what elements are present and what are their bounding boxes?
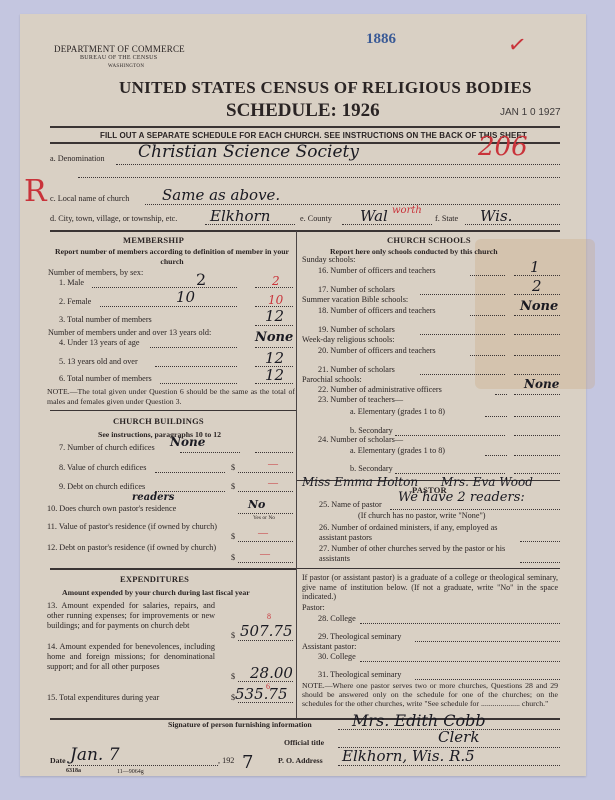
- census-schedule-sheet: DEPARTMENT OF COMMERCE BUREAU OF THE CEN…: [20, 14, 586, 776]
- under-13-field[interactable]: None: [255, 330, 293, 345]
- official-title-field[interactable]: Clerk: [438, 728, 479, 746]
- residence-value-field[interactable]: —: [258, 528, 268, 539]
- total-6-line: [160, 383, 237, 384]
- bureau-label: BUREAU OF THE CENSUS: [80, 55, 157, 61]
- over-13-field[interactable]: 12: [265, 349, 284, 367]
- total-members-label: 3. Total number of members: [59, 315, 152, 324]
- scholars-elementary-line: [485, 455, 507, 456]
- total-expenditures-correction: 6: [266, 682, 270, 691]
- parochial-schools-label: Parochial schools:: [302, 375, 362, 384]
- denomination-field[interactable]: Christian Science Society: [138, 142, 359, 162]
- teachers-secondary-value-line: [514, 435, 560, 436]
- summer-scholars-value-line: [514, 334, 560, 335]
- total-members-6-label: 6. Total number of members: [59, 374, 152, 383]
- residence-debt-label: 12. Debt on pastor's residence (if owned…: [47, 543, 217, 553]
- benevolences-label: 14. Amount expended for benevolences, in…: [47, 642, 215, 672]
- margin-mark-r: R: [24, 174, 47, 209]
- signature-label: Signature of person furnishing informati…: [168, 720, 312, 729]
- pastor-college-label: 28. College: [318, 614, 356, 623]
- teachers-secondary-label: b. Secondary: [350, 426, 393, 435]
- edifice-debt-amount-line: [238, 491, 293, 492]
- edifice-debt-label: 9. Debt on church edifices: [59, 482, 145, 491]
- residence-debt-field[interactable]: —: [260, 549, 270, 560]
- dollar-sign: $: [231, 482, 235, 491]
- own-residence-line: [238, 513, 293, 514]
- date-field[interactable]: Jan. 7: [70, 745, 120, 765]
- edifice-count-field[interactable]: None: [170, 435, 205, 449]
- teachers-elementary-value-line: [514, 416, 560, 417]
- female-check: 10: [268, 293, 283, 307]
- female-label: 2. Female: [59, 297, 91, 306]
- official-title-label: Official title: [284, 738, 324, 747]
- under-13-label: 4. Under 13 years of age: [59, 338, 139, 347]
- state-field[interactable]: Wis.: [480, 207, 512, 225]
- total-expenditures-field[interactable]: 535.75: [235, 685, 288, 703]
- column-divider: [296, 231, 297, 718]
- admin-officers-value-line: [514, 394, 560, 395]
- assistant-college-line: [360, 661, 560, 662]
- address-field[interactable]: Elkhorn, Wis. R.5: [342, 747, 475, 765]
- county-label: e. County: [300, 214, 332, 223]
- assistant-seminary-line: [415, 679, 560, 680]
- other-churches-line: [520, 562, 560, 563]
- dollar-sign: $: [231, 553, 235, 562]
- expenditures-subheading: Amount expended by your church during la…: [62, 588, 250, 597]
- scholars-count-label: 24. Number of scholars—: [318, 435, 403, 444]
- denomination-line-2: [78, 177, 560, 178]
- female-line: [100, 306, 237, 307]
- weekday-scholars-value-line: [514, 374, 560, 375]
- city-label: WASHINGTON: [108, 64, 144, 69]
- edifice-count-line: [180, 452, 240, 453]
- dollar-sign: $: [231, 672, 235, 681]
- identity-rule: [50, 230, 560, 232]
- expenditures-heading: EXPENDITURES: [120, 574, 189, 584]
- summer-teachers-field[interactable]: None: [520, 299, 558, 314]
- residence-value-line: [238, 541, 293, 542]
- weekday-teachers-value-line: [514, 355, 560, 356]
- edifice-value-line: [155, 472, 225, 473]
- local-name-line: [145, 204, 560, 205]
- city-field[interactable]: Elkhorn: [210, 207, 270, 225]
- county-correction: worth: [392, 205, 422, 216]
- received-date-stamp: JAN 1 0 1927: [500, 107, 561, 118]
- summer-teachers-value-line: [514, 315, 560, 316]
- date-line: [68, 765, 218, 766]
- sunday-teachers-label: 16. Number of officers and teachers: [318, 266, 436, 275]
- county-field[interactable]: Wal: [360, 207, 388, 225]
- assistant-ministers-line: [520, 541, 560, 542]
- dollar-sign: $: [231, 532, 235, 541]
- checkmark-icon: ✓: [506, 31, 528, 59]
- age-group-label: Number of members under and over 13 year…: [48, 328, 211, 337]
- address-label: P. O. Address: [278, 756, 323, 765]
- admin-officers-label: 22. Number of administrative officers: [318, 385, 442, 394]
- edifice-debt-field[interactable]: —: [268, 478, 278, 489]
- scholars-elementary-value-line: [514, 455, 560, 456]
- state-label: f. State: [435, 214, 458, 223]
- graduate-note: If pastor (or assistant pastor) is a gra…: [302, 573, 558, 602]
- form-code: 6318a: [66, 768, 81, 774]
- edifice-count-value-line: [255, 452, 293, 453]
- total-members-field[interactable]: 12: [265, 307, 284, 325]
- over-13-label: 5. 13 years old and over: [59, 357, 138, 366]
- female-field[interactable]: 10: [176, 288, 195, 306]
- sunday-schools-label: Sunday schools:: [302, 255, 355, 264]
- running-expenses-label: 13. Amount expended for salaries, repair…: [47, 601, 215, 631]
- total-members-line: [255, 325, 293, 326]
- year-field[interactable]: 7: [242, 752, 253, 773]
- stamp-number: 1886: [366, 31, 396, 48]
- male-field[interactable]: 2: [196, 270, 206, 289]
- assistant-education-label: Assistant pastor:: [302, 642, 356, 651]
- membership-heading: MEMBERSHIP: [123, 235, 184, 245]
- summer-scholars-line: [420, 334, 505, 335]
- pastor-rule: [297, 568, 560, 569]
- assistant-ministers-label: 26. Number of ordained ministers, if any…: [319, 523, 514, 543]
- print-code: 11—9064g: [117, 769, 144, 775]
- pastor-name-hint: (If church has no pastor, write "None"): [358, 511, 486, 520]
- header-rule: [50, 126, 560, 128]
- own-residence-label: 10. Does church own pastor's residence: [47, 504, 176, 513]
- pastor-word-correction: readers: [132, 492, 174, 503]
- instructions-banner: FILL OUT A SEPARATE SCHEDULE FOR EACH CH…: [100, 131, 527, 140]
- pastor-name-line: [390, 509, 560, 510]
- edifice-value-label: 8. Value of church edifices: [59, 463, 146, 472]
- date-label: Date: [50, 756, 66, 765]
- dollar-sign: $: [231, 463, 235, 472]
- weekday-teachers-line: [470, 355, 505, 356]
- membership-subheading: Report number of members according to de…: [49, 247, 295, 267]
- form-title: UNITED STATES CENSUS OF RELIGIOUS BODIES: [119, 78, 532, 98]
- under-13-line: [150, 347, 237, 348]
- assistant-college-label: 30. College: [318, 652, 356, 661]
- summer-teachers-label: 18. Number of officers and teachers: [318, 306, 436, 315]
- teachers-count-label: 23. Number of teachers—: [318, 395, 403, 404]
- schedule-title: SCHEDULE: 1926: [226, 100, 380, 122]
- pastor-seminary-label: 29. Theological seminary: [318, 632, 401, 641]
- pastor-note: NOTE.—Where one pastor serves two or mor…: [302, 681, 558, 708]
- dollar-sign: $: [231, 631, 235, 640]
- assistant-seminary-label: 31. Theological seminary: [318, 670, 401, 679]
- residence-value-label: 11. Value of pastor's residence (if owne…: [47, 522, 217, 532]
- department-label: DEPARTMENT OF COMMERCE: [54, 44, 185, 54]
- city-label: d. City, town, village, or township, etc…: [50, 214, 177, 223]
- own-residence-field[interactable]: No: [248, 498, 265, 511]
- other-churches-label: 27. Number of other churches served by t…: [319, 544, 514, 564]
- admin-officers-field[interactable]: None: [524, 377, 559, 391]
- local-name-label: c. Local name of church: [50, 194, 129, 203]
- membership-rule: [50, 410, 296, 411]
- male-check: 2: [272, 274, 280, 288]
- edifice-value-amount-line: [238, 472, 293, 473]
- weekday-scholars-line: [420, 374, 505, 375]
- buildings-rule: [50, 568, 296, 570]
- male-line: [92, 287, 237, 288]
- address-line: [338, 765, 560, 766]
- pastor-seminary-line: [415, 641, 560, 642]
- edifice-value-field[interactable]: —: [268, 459, 278, 470]
- summer-scholars-label: 19. Number of scholars: [318, 325, 395, 334]
- edifice-count-label: 7. Number of church edifices: [59, 443, 155, 452]
- weekday-schools-label: Week-day religious schools:: [302, 335, 395, 344]
- by-sex-label: Number of members, by sex:: [48, 268, 143, 277]
- scholars-secondary-value-line: [514, 473, 560, 474]
- running-expenses-correction: 8: [267, 612, 271, 621]
- teachers-elementary-line: [485, 416, 507, 417]
- summer-schools-label: Summer vacation Bible schools:: [302, 295, 408, 304]
- scholars-secondary-line: [395, 473, 505, 474]
- denomination-label: a. Denomination: [50, 154, 105, 163]
- weekday-teachers-label: 20. Number of officers and teachers: [318, 346, 436, 355]
- sunday-scholars-label: 17. Number of scholars: [318, 285, 395, 294]
- local-name-field[interactable]: Same as above.: [162, 186, 280, 204]
- summer-teachers-line: [470, 315, 505, 316]
- schools-heading: CHURCH SCHOOLS: [387, 235, 471, 245]
- total-expenditures-label: 15. Total expenditures during year: [47, 693, 159, 702]
- benevolences-field[interactable]: 28.00: [250, 664, 293, 682]
- membership-note: NOTE.—The total given under Question 6 s…: [47, 387, 295, 406]
- sunday-teachers-line: [470, 275, 505, 276]
- pastor-name-label: 25. Name of pastor: [319, 500, 382, 509]
- admin-officers-line: [495, 394, 507, 395]
- under-13-value-line: [255, 347, 293, 348]
- year-prefix: , 192: [218, 756, 234, 765]
- teachers-elementary-label: a. Elementary (grades 1 to 8): [350, 407, 445, 416]
- pastor-education-label: Pastor:: [302, 603, 325, 612]
- buildings-heading: CHURCH BUILDINGS: [113, 416, 204, 426]
- pastor-name-field[interactable]: We have 2 readers:: [398, 490, 525, 505]
- weekday-scholars-label: 21. Number of scholars: [318, 365, 395, 374]
- denomination-line: [116, 164, 560, 165]
- scholars-secondary-label: b. Secondary: [350, 464, 393, 473]
- sunday-scholars-field[interactable]: 2: [532, 277, 542, 295]
- pastor-college-line: [360, 623, 560, 624]
- teachers-secondary-line: [395, 435, 505, 436]
- total-members-6-field[interactable]: 12: [265, 366, 284, 384]
- running-expenses-line: [238, 640, 293, 641]
- sunday-scholars-line: [420, 294, 505, 295]
- scholars-elementary-label: a. Elementary (grades 1 to 8): [350, 446, 445, 455]
- residence-debt-line: [238, 562, 293, 563]
- sunday-teachers-field[interactable]: 1: [530, 258, 540, 276]
- running-expenses-field[interactable]: 507.75: [240, 622, 293, 640]
- yes-no-hint: Yes or No: [253, 515, 275, 521]
- red-reference-number: 206: [478, 132, 528, 162]
- over-13-line: [155, 366, 237, 367]
- male-label: 1. Male: [59, 278, 84, 287]
